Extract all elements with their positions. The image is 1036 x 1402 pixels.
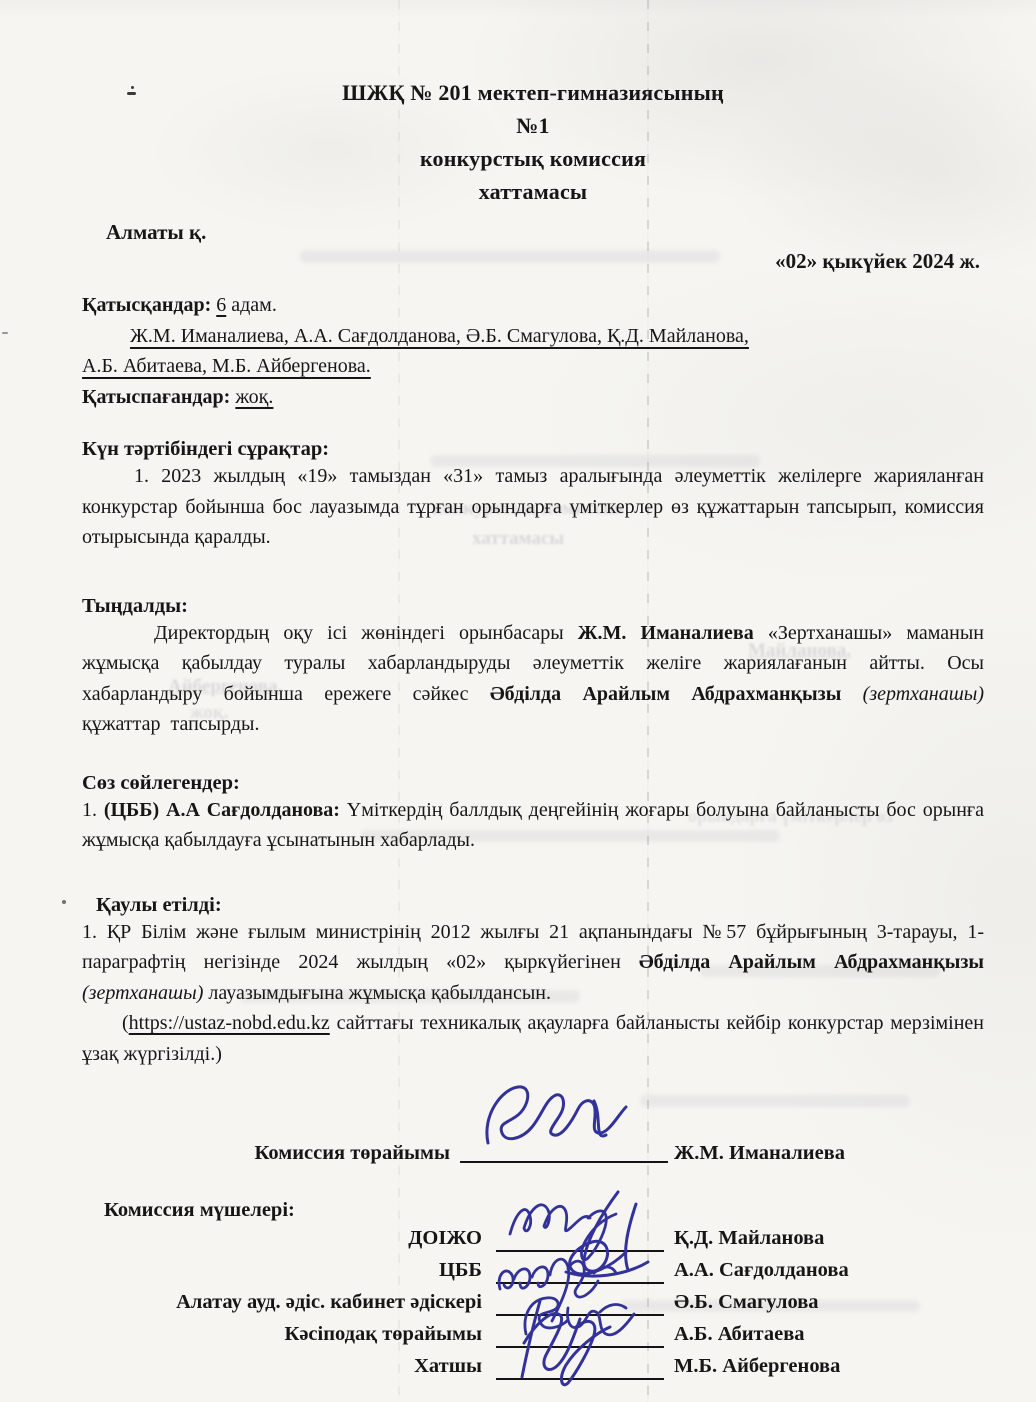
meta-row: Алматы қ. «02» қыкүйек 2024 ж.	[82, 220, 984, 274]
present-suffix: адам.	[226, 294, 277, 316]
signature-name: А.Б. Абитаева	[674, 1319, 805, 1350]
attendance-block: Қатысқандар: 6 адам. Ж.М. Иманалиева, А.…	[82, 290, 984, 412]
chair-name: Ж.М. Иманалиева	[674, 1142, 845, 1165]
resolution-name: Әбділда Арайлым Абдрахманқызы	[639, 951, 984, 973]
absent-line: Қатыспағандар: жоқ.	[82, 382, 984, 413]
signature-row: Хатшы М.Б. Айбергенова	[82, 1351, 984, 1382]
resolution-paragraph: 1. ҚР Білім және ғылым министрінің 2012 …	[82, 917, 984, 1009]
resolution-heading: Қаулы етілді:	[96, 894, 984, 917]
heard-heading: Тыңдалды:	[82, 595, 984, 618]
scanned-document-page: конкурстық комиссия хаттамасы Майланова.…	[0, 0, 1036, 1402]
absent-label: Қатыспағандар:	[82, 386, 230, 408]
absent-value: жоқ.	[235, 386, 273, 408]
signature-line	[496, 1226, 664, 1252]
members-heading: Комиссия мүшелері:	[104, 1199, 984, 1222]
signature-row: ДОІЖО Қ.Д. Майланова	[82, 1223, 984, 1254]
heard-text-1: Директордың оқу ісі жөніндегі орынбасары	[154, 622, 564, 644]
stray-dot	[62, 900, 66, 904]
heard-text-3: құжаттар тапсырды.	[82, 713, 259, 735]
chair-label: Комиссия төрайымы	[82, 1142, 450, 1165]
signature-name: Ә.Б. Смагулова	[674, 1287, 819, 1318]
present-label: Қатысқандар:	[82, 294, 211, 316]
heard-name-1: Ж.М. Иманалиева	[578, 622, 754, 644]
present-line: Қатысқандар: 6 адам.	[82, 290, 984, 321]
title-line-3: конкурстық комиссия	[82, 142, 984, 175]
heard-position-italic: (зертханашы)	[863, 683, 984, 705]
heard-name-2: Әбділда Арайлым Абдрахманқызы	[490, 683, 841, 705]
title-line-1: ШЖҚ № 201 мектеп-гимназиясының	[82, 76, 984, 109]
website-url: https://ustaz-nobd.edu.kz	[129, 1012, 330, 1034]
present-count: 6	[216, 294, 226, 316]
signature-name: Қ.Д. Майланова	[674, 1223, 824, 1254]
agenda-heading: Күн тәртібіндегі сұрақтар:	[82, 438, 984, 461]
signature-row: Алатау ауд. әдіс. кабинет әдіскері Ә.Б. …	[82, 1287, 984, 1318]
stray-dash	[2, 332, 8, 334]
signature-line	[496, 1290, 664, 1316]
present-names-line-1: Ж.М. Иманалиева, А.А. Сағдолданова, Ә.Б.…	[130, 321, 984, 352]
title-line-4: хаттамасы	[82, 175, 984, 208]
resolution-text-2: лауазымдығына жұмысқа қабылдансын.	[208, 982, 551, 1004]
document-date: «02» қыкүйек 2024 ж.	[82, 249, 980, 274]
signature-name: А.А. Сағдолданова	[674, 1255, 849, 1286]
agenda-paragraph: 1. 2023 жылдың «19» тамыздан «31» тамыз …	[82, 461, 984, 553]
signature-role-label: ЦББ	[82, 1255, 482, 1286]
title-line-2: №1	[82, 109, 984, 142]
speakers-heading: Сөз сөйлегендер:	[82, 772, 984, 795]
resolution-position-italic: (зертханашы)	[82, 982, 203, 1004]
note-open-paren: (	[122, 1012, 129, 1034]
signature-line	[496, 1258, 664, 1284]
signature-role-label: Алатау ауд. әдіс. кабинет әдіскері	[82, 1287, 482, 1318]
signature-line	[496, 1322, 664, 1348]
resolution-note: (https://ustaz-nobd.edu.kz сайттағы техн…	[82, 1008, 984, 1069]
signature-row: Кәсіподақ төрайымы А.Б. Абитаева	[82, 1319, 984, 1350]
chair-signature-ink	[466, 1071, 656, 1171]
signature-row: ЦББ А.А. Сағдолданова	[82, 1255, 984, 1286]
chair-signature-row: Комиссия төрайымы Ж.М. Иманалиева	[82, 1135, 984, 1165]
document-content: ШЖҚ № 201 мектеп-гимназиясының №1 конкур…	[82, 76, 984, 1382]
signature-role-label: Хатшы	[82, 1351, 482, 1382]
speaker-name: (ЦББ) А.А Сағдолданова:	[104, 799, 340, 821]
document-title: ШЖҚ № 201 мектеп-гимназиясының №1 конкур…	[82, 76, 984, 208]
signature-role-label: Кәсіподақ төрайымы	[82, 1319, 482, 1350]
heard-paragraph: Директордың оқу ісі жөніндегі орынбасары…	[82, 618, 984, 740]
present-names-line-2: А.Б. Абитаева, М.Б. Айбергенова.	[82, 351, 984, 382]
speakers-paragraph: 1. (ЦББ) А.А Сағдолданова: Үміткердің ба…	[82, 795, 984, 856]
speaker-number: 1.	[82, 799, 104, 821]
document-city: Алматы қ.	[106, 220, 984, 245]
chair-signature-line	[460, 1135, 668, 1163]
signature-role-label: ДОІЖО	[82, 1223, 482, 1254]
signature-line	[496, 1354, 664, 1380]
signature-name: М.Б. Айбергенова	[674, 1351, 840, 1382]
